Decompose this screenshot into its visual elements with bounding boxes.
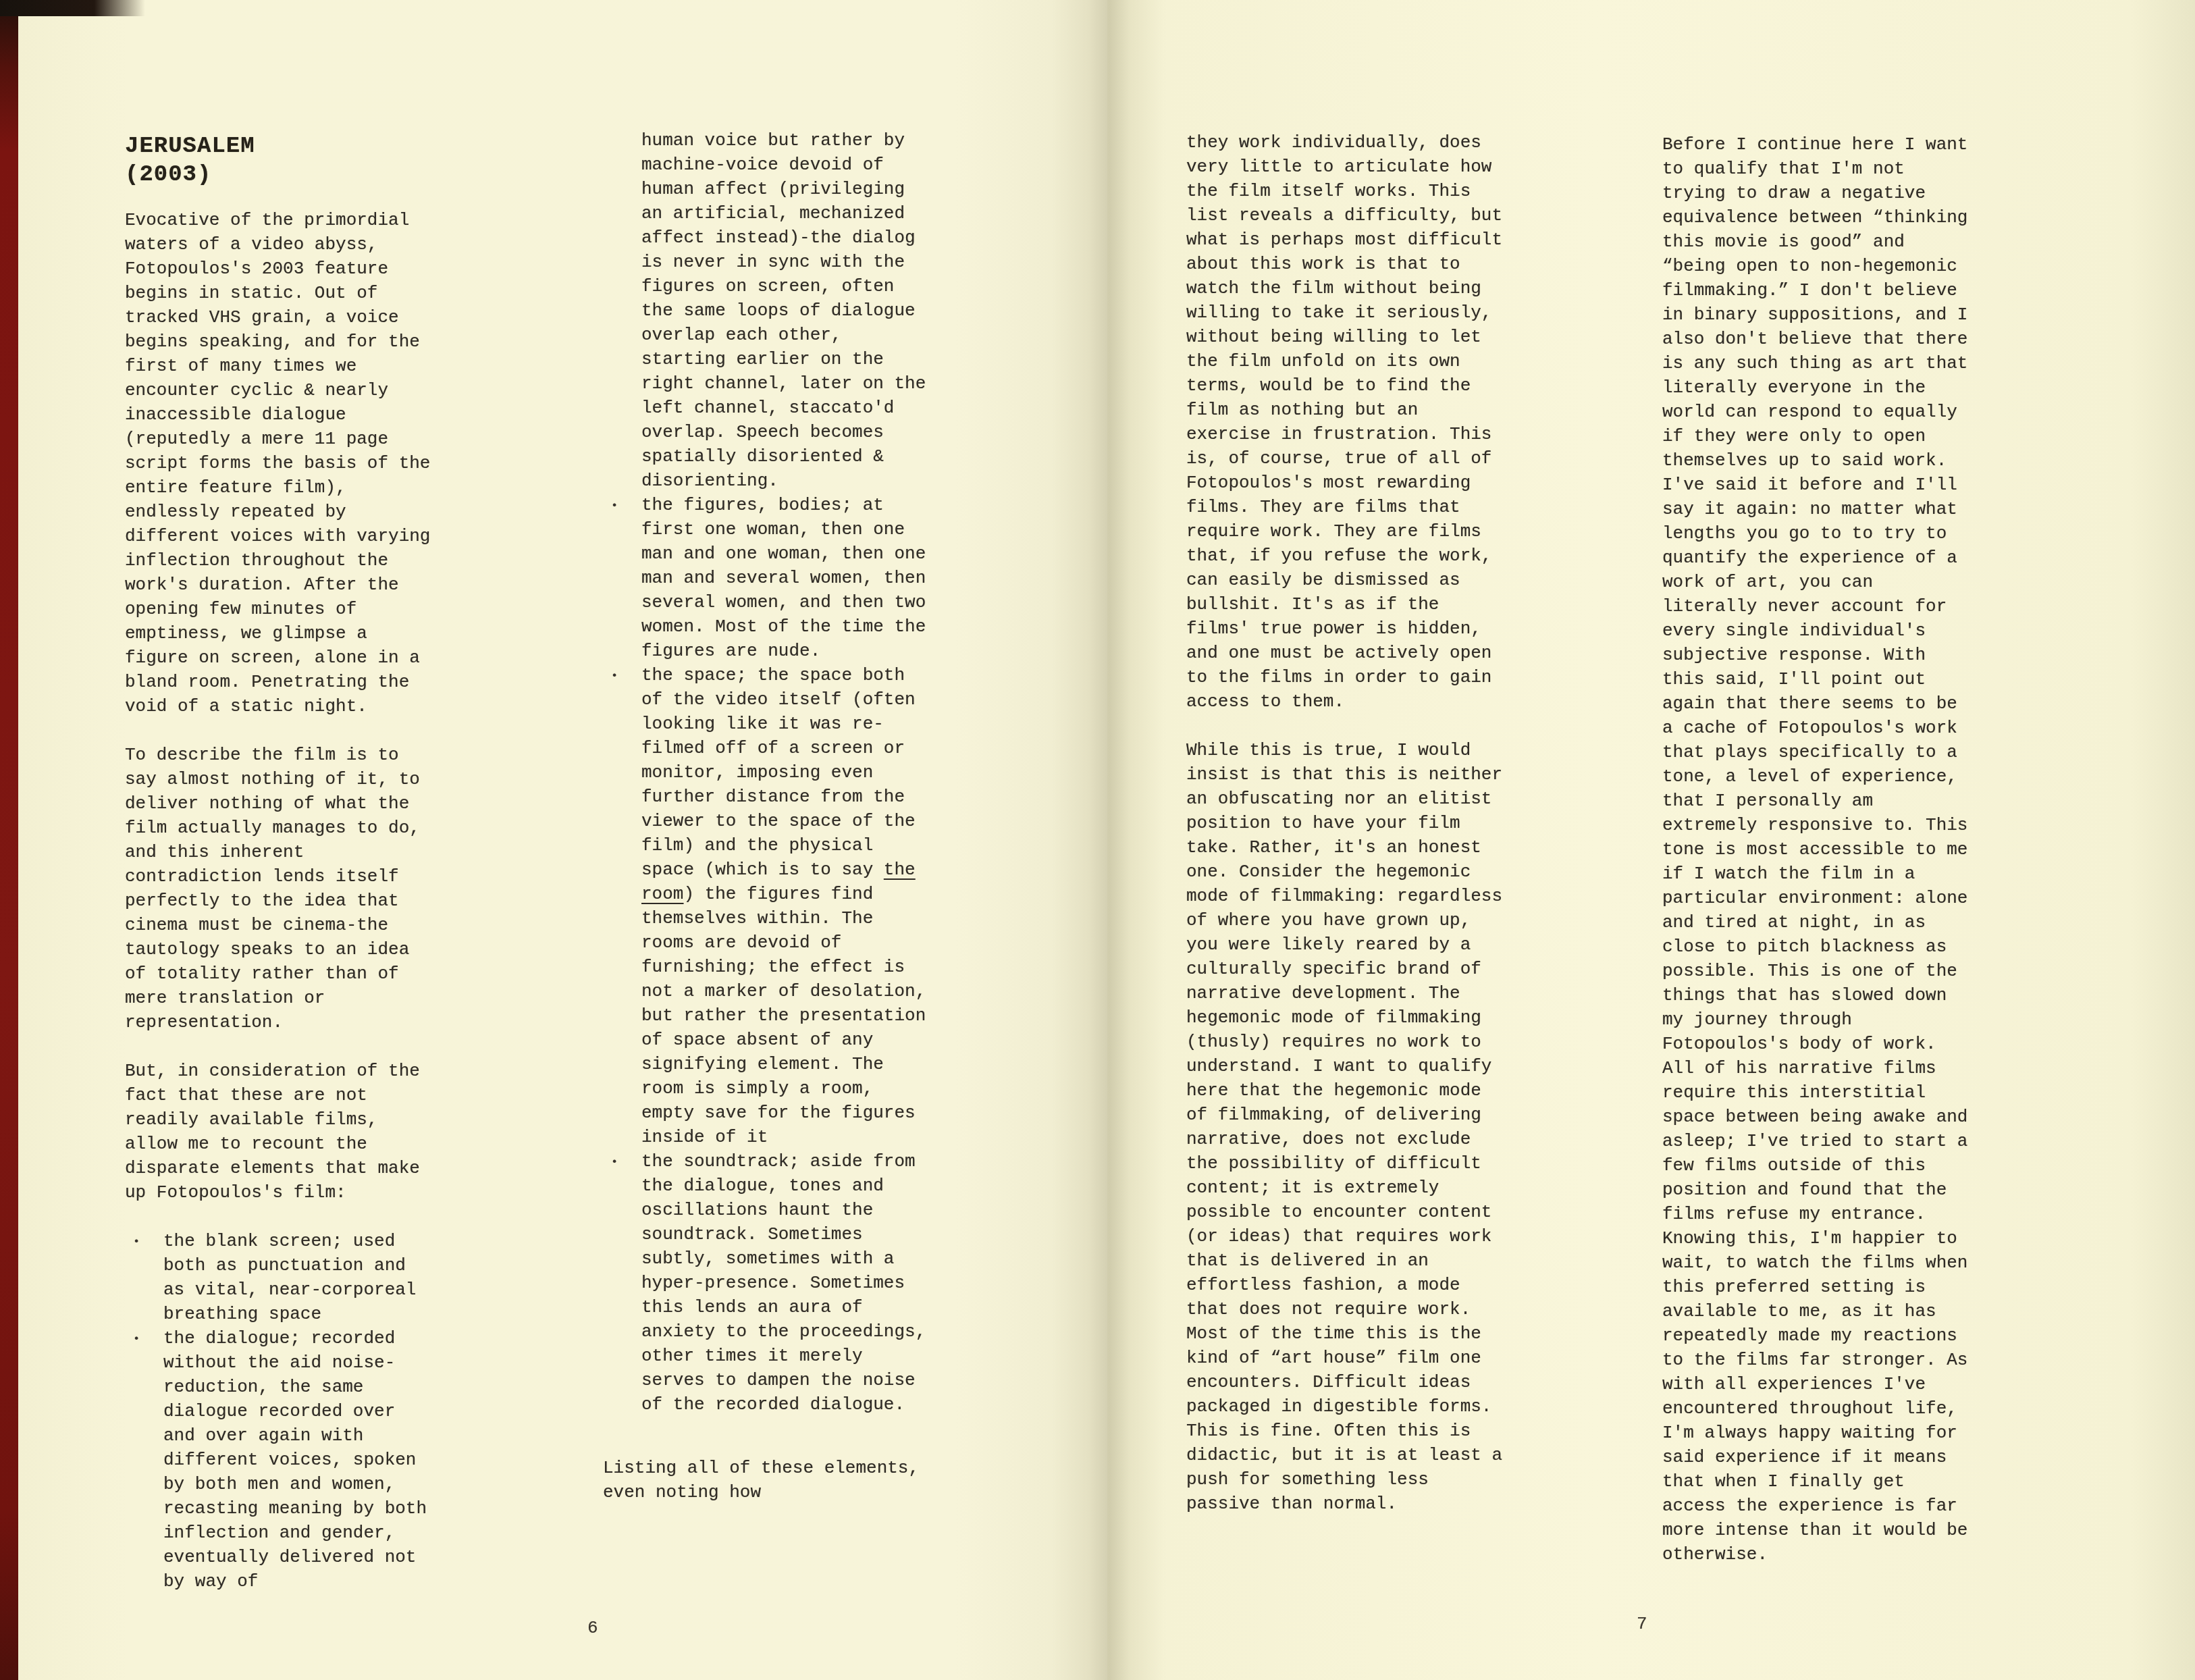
paragraph-elements-lead: But, in consideration of the fact that t… — [125, 1059, 437, 1205]
paragraph-listing: Listing all of these elements, even noti… — [603, 1456, 927, 1504]
gutter-shadow — [1052, 0, 1167, 1680]
column-1: JERUSALEM (2003) Evocative of the primor… — [125, 132, 437, 1594]
column-3: they work individually, does very little… — [1186, 130, 1505, 1516]
space-text-post: ) the figures find themselves within. Th… — [641, 884, 926, 1147]
list-item-soundtrack: the soundtrack; aside from the dialogue,… — [603, 1149, 927, 1417]
list-item-blank-screen: the blank screen; used both as punctuati… — [125, 1229, 437, 1326]
list-item-dialogue: the dialogue; recorded without the aid n… — [125, 1326, 437, 1594]
scanned-spread: JERUSALEM (2003) Evocative of the primor… — [0, 0, 2195, 1680]
paragraph-intro: Evocative of the primordial waters of a … — [125, 208, 437, 718]
list-item-dialogue-continuation: human voice but rather by machine-voice … — [603, 128, 927, 493]
space-text-pre: the space; the space both of the video i… — [641, 665, 916, 880]
paragraph-while-true: While this is true, I would insist is th… — [1186, 738, 1505, 1516]
column-4: Before I continue here I want to qualify… — [1662, 132, 1977, 1567]
list-item-space: the space; the space both of the video i… — [603, 663, 927, 1149]
scan-edge-strip — [0, 0, 18, 1680]
paragraph-before-continue: Before I continue here I want to qualify… — [1662, 132, 1977, 1567]
scan-corner-mark — [0, 0, 145, 16]
column-2: human voice but rather by machine-voice … — [603, 128, 927, 1504]
list-item-figures: the figures, bodies; at first one woman,… — [603, 493, 927, 663]
article-title: JERUSALEM (2003) — [125, 132, 437, 189]
element-list-continued: the figures, bodies; at first one woman,… — [603, 493, 927, 1417]
element-list: the blank screen; used both as punctuati… — [125, 1229, 437, 1594]
page-number-right: 7 — [1637, 1614, 1647, 1634]
paragraph-describe: To describe the film is to say almost no… — [125, 743, 437, 1034]
page-number-left: 6 — [587, 1618, 598, 1638]
paragraph-they-work: they work individually, does very little… — [1186, 130, 1505, 714]
